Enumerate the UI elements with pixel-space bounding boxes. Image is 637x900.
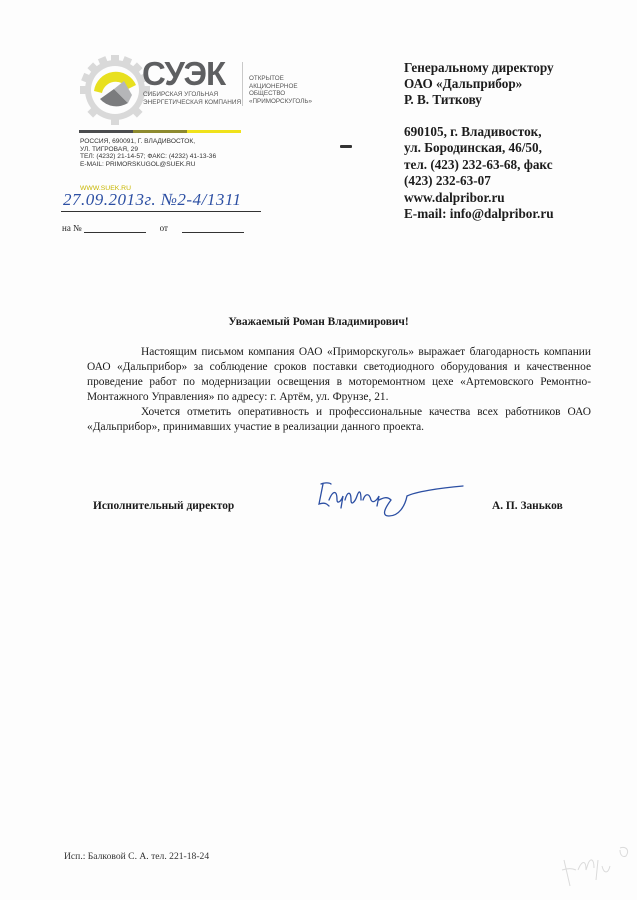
letter-body: Настоящим письмом компания ОАО «Приморск… [87, 345, 591, 435]
suek-logo-icon [80, 55, 150, 125]
body-paragraph: Настоящим письмом компания ОАО «Приморск… [87, 345, 591, 405]
greeting: Уважаемый Роман Владимирович! [0, 316, 637, 328]
brand-color-bar [79, 130, 241, 133]
signatory-title: Исполнительный директор [93, 500, 234, 512]
outgoing-ref-handwritten: 27.09.2013г. №2-4/1311 [63, 190, 242, 210]
body-paragraph: Хочется отметить оперативность и професс… [87, 405, 591, 435]
executor-note: Исп.: Балковой С. А. тел. 221-18-24 [64, 851, 209, 862]
brand-subtitle: Сибирская угольная энергетическая компан… [143, 91, 241, 106]
reply-ref-line: на № от [62, 222, 244, 233]
recipient-block: Генеральному директору ОАО «Дальприбор» … [404, 60, 554, 109]
scan-mark [340, 145, 352, 148]
bar-segment-olive [133, 130, 187, 133]
recipient-address: 690105, г. Владивосток, ул. Бородинская,… [404, 124, 554, 222]
reply-on-label: на № [62, 223, 82, 233]
reply-from-label: от [160, 223, 168, 233]
brand-name: СУЭК [142, 57, 225, 90]
bar-segment-dark [79, 130, 133, 133]
reply-date-blank [182, 222, 244, 233]
reply-number-blank [84, 222, 146, 233]
logo-divider [242, 62, 243, 106]
signatory-name: А. П. Заньков [492, 500, 563, 512]
faint-pencil-mark [560, 840, 637, 890]
organization-name: Открытое акционерное общество «Приморску… [249, 75, 312, 105]
handwritten-signature [315, 478, 465, 520]
bar-segment-yellow [187, 130, 241, 133]
sender-address: Россия, 690091, г. Владивосток, ул. Тигр… [80, 138, 216, 168]
